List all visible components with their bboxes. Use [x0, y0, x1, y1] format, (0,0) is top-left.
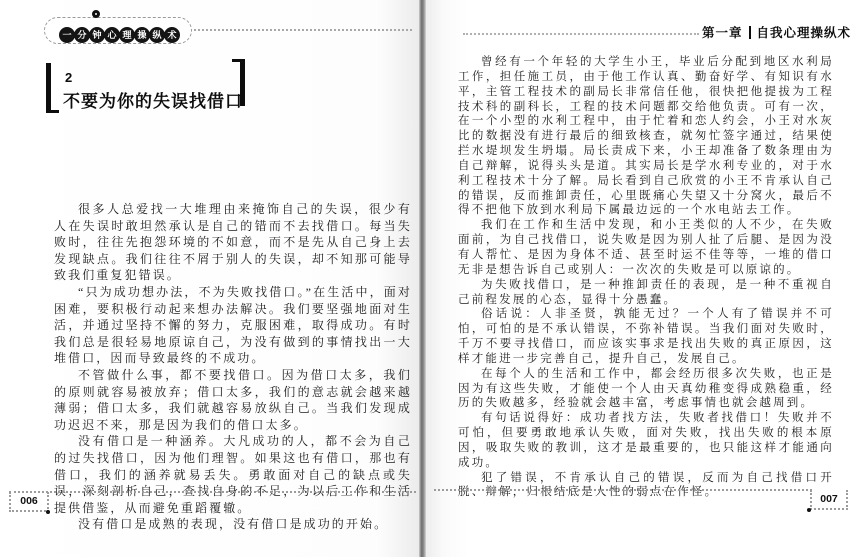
header-separator: [749, 26, 751, 39]
header-dotted-rule: [463, 33, 699, 35]
bracket-left-decoration: [46, 63, 59, 113]
series-title-character-medallion: 术: [164, 27, 180, 43]
paragraph: 在每个人的生活和工作中，都会经历很多次失败，也正是因为有这些失败，才能使一个人由…: [458, 367, 834, 412]
page-gutter: [419, 0, 426, 557]
paragraph: 曾经有一个年轻的大学生小王，毕业后分配到地区水利局工作，担任施工员，由于他工作认…: [458, 55, 834, 218]
paragraph: 很多人总爱找一大堆理由来掩饰自己的失误，很少有人在失误时敢坦然承认是自己的错而不…: [54, 201, 412, 284]
page-number: 007: [810, 490, 848, 510]
series-title-character-medallion: 理: [119, 27, 135, 43]
right-page-body-text: 曾经有一个年轻的大学生小王，毕业后分配到地区水利局工作，担任施工员，由于他工作认…: [458, 55, 834, 500]
paragraph: 没有借口是成熟的表现，没有借口是成功的开始。: [54, 516, 412, 533]
book-spread: 一分钟心理操纵术 2 不要为你的失误找借口 很多人总爱找一大堆理由来掩饰自己的失…: [0, 0, 850, 557]
chapter-title: 自我心理操纵术: [757, 23, 850, 41]
section-title: 不要为你的失误找借口: [63, 87, 243, 112]
paragraph: 没有借口是一种涵养。大凡成功的人，都不会为自己的过失找借口，因为他们理智。如果这…: [54, 433, 412, 516]
series-title-character-medallion: 一: [59, 27, 75, 43]
paragraph: 俗话说：人非圣贤，孰能无过？一个人有了错误并不可怕，可怕的是不承认错误，不弥补错…: [458, 307, 834, 366]
chapter-label: 第一章: [702, 23, 743, 41]
ring-icon: [92, 10, 100, 18]
left-page-body-text: 很多人总爱找一大堆理由来掩饰自己的失误，很少有人在失误时敢坦然承认是自己的错而不…: [54, 201, 412, 533]
series-title-character-medallion: 钟: [89, 27, 105, 43]
series-title-character-medallion: 分: [74, 27, 90, 43]
series-title-character-medallion: 心: [104, 27, 120, 43]
paragraph: 不管做什么事，都不要找借口。因为借口太多，我们的原则就容易被放弃；借口太多，我们…: [54, 367, 412, 433]
section-number: 2: [65, 70, 72, 85]
series-title-medallions: 一分钟心理操纵术: [59, 27, 179, 43]
footer-dotted-rule: [434, 489, 812, 491]
series-title-character-medallion: 操: [134, 27, 150, 43]
page-right: 第一章 自我心理操纵术 曾经有一个年轻的大学生小王，毕业后分配到地区水利局工作，…: [426, 0, 850, 557]
folio-dot-decoration: [807, 508, 811, 512]
footer-dotted-rule: [9, 491, 416, 493]
paragraph: 为失败找借口，是一种推卸责任的表现，是一种不重视自己前程发展的心态，显得十分愚蠢…: [458, 278, 834, 308]
paragraph: 我们在工作和生活中发现，和小王类似的人不少，在失败面前，为自己找借口，说失败是因…: [458, 218, 834, 277]
paragraph: “只为成功想办法，不为失败找借口。”在生活中，面对困难，要积极行动起来想办法解决…: [54, 284, 412, 367]
folio-dot-decoration: [46, 510, 50, 514]
dotted-rule-decoration: [194, 29, 412, 31]
page-left: 一分钟心理操纵术 2 不要为你的失误找借口 很多人总爱找一大堆理由来掩饰自己的失…: [0, 0, 419, 557]
running-header: 第一章 自我心理操纵术: [702, 23, 850, 41]
paragraph: 犯了错误，不肯承认自己的错误，反而为自己找借口开脱、辩解，归根结底是人性的弱点在…: [458, 471, 834, 501]
paragraph: 有句话说得好：成功者找方法，失败者找借口！失败并不可怕，但要勇敢地承认失败，面对…: [458, 411, 834, 470]
series-title-character-medallion: 纵: [149, 27, 165, 43]
page-number: 006: [9, 492, 49, 512]
